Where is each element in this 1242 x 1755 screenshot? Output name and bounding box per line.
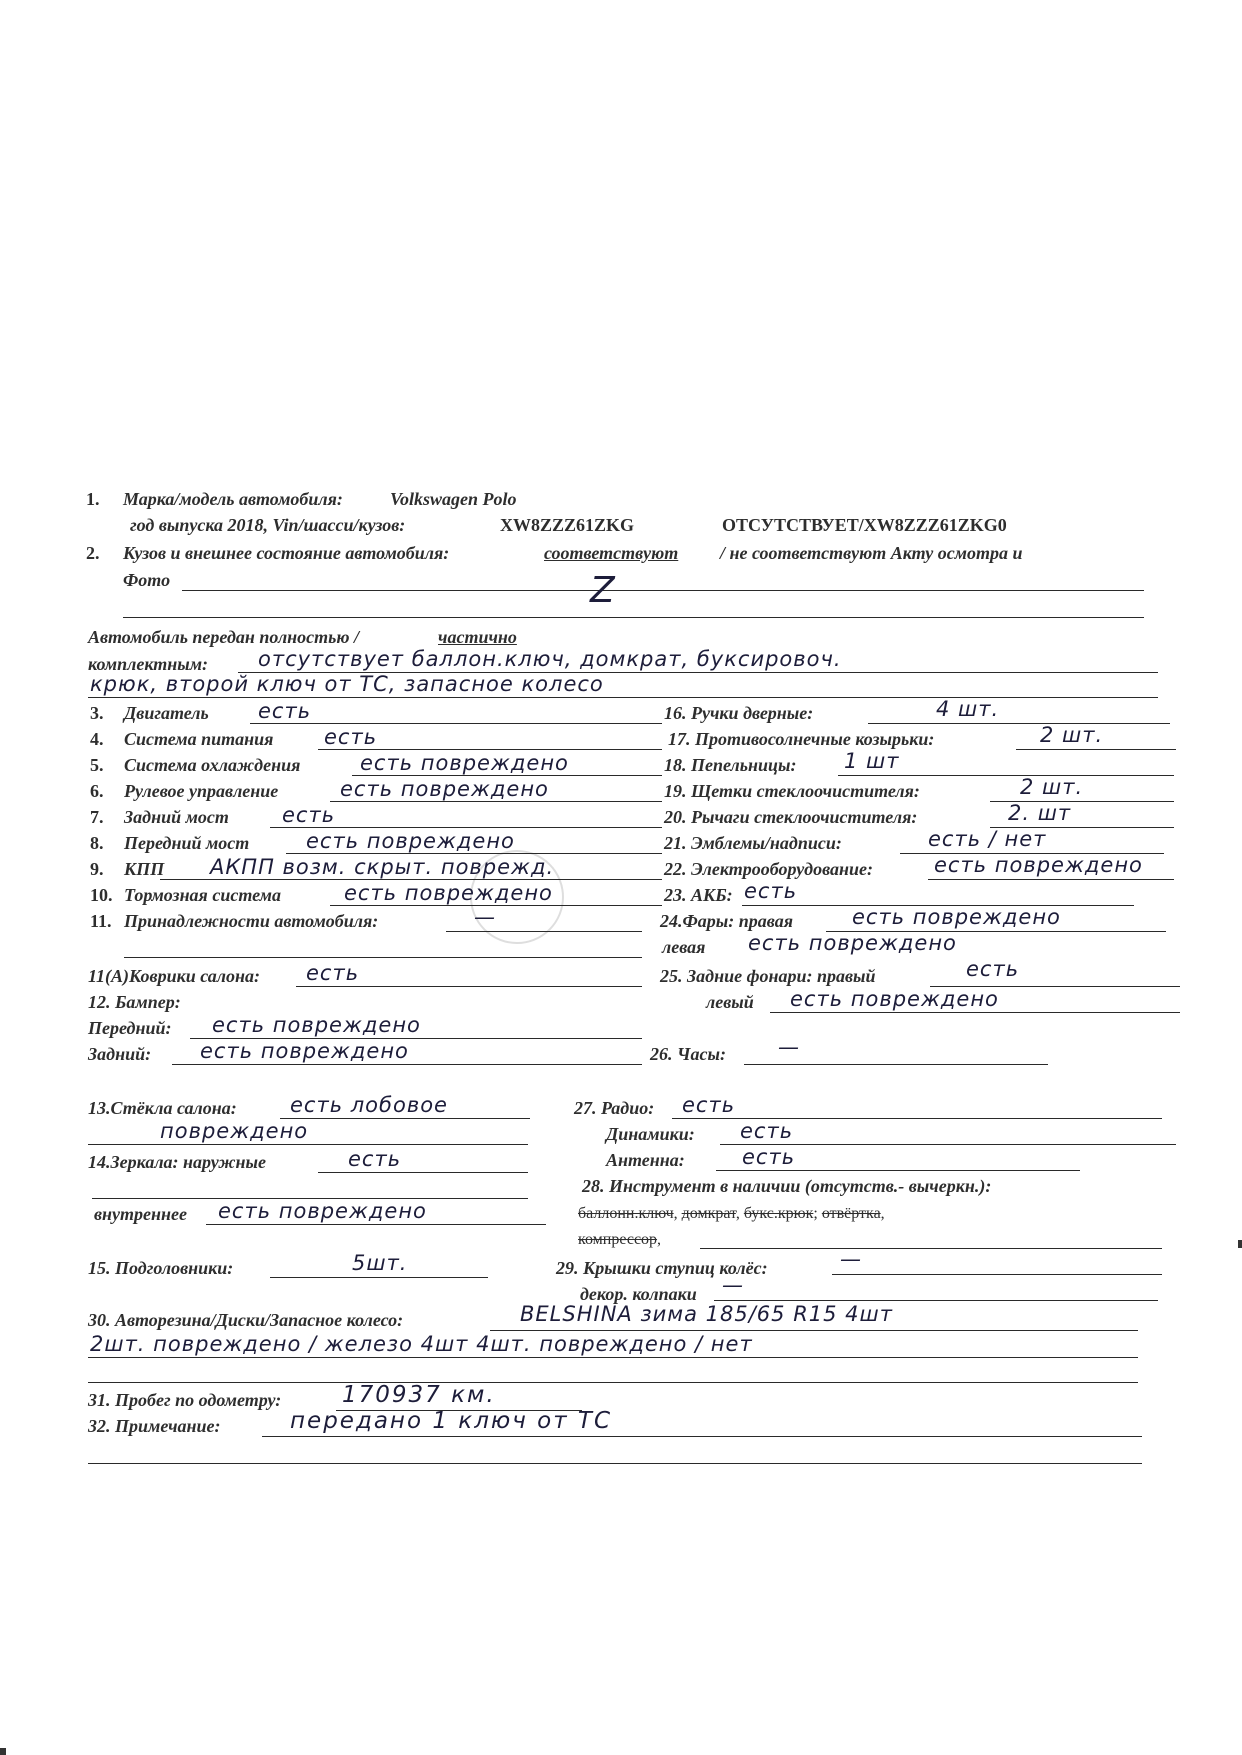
item11a-value: есть <box>306 962 359 984</box>
body-condition-selected: соответствуют <box>544 543 678 563</box>
item9-number: 9. <box>90 859 104 879</box>
item18-line <box>838 775 1174 776</box>
caps-line <box>714 1300 1158 1301</box>
item27-name: 27. Радио: <box>574 1098 654 1118</box>
scan-mark-right <box>1238 1240 1242 1248</box>
item1-number: 1. <box>86 489 100 509</box>
photo-line-2 <box>123 617 1144 618</box>
item17-value: 2 шт. <box>1040 724 1103 746</box>
speakers-value: есть <box>740 1120 793 1142</box>
item8-line <box>286 853 662 854</box>
item9-line <box>160 879 662 880</box>
item8-number: 8. <box>90 833 104 853</box>
item8-name: Передний мост <box>124 833 249 853</box>
vin-value: XW8ZZZ61ZKG <box>500 515 634 535</box>
antenna-line <box>716 1170 1080 1171</box>
handover-form-page: 1. Марка/модель автомобиля: Volkswagen P… <box>0 0 1242 1755</box>
item4-name: Система питания <box>124 729 273 749</box>
item18-value: 1 шт <box>844 750 900 772</box>
item11-line <box>446 931 642 932</box>
tools-list-line1: баллонн.ключ, домкрат, букс.крюк; отвёрт… <box>578 1204 885 1224</box>
item5-line <box>352 775 662 776</box>
item21-name: 21. Эмблемы/надписи: <box>664 833 842 853</box>
vin-value-2: ОТСУТСТВУЕТ/XW8ZZZ61ZKG0 <box>722 515 1007 535</box>
antenna-value: есть <box>742 1146 795 1168</box>
item16-name: 16. Ручки дверные: <box>664 703 813 723</box>
completeness-selected: частично <box>438 627 517 647</box>
item4-value: есть <box>324 726 377 748</box>
tool-compressor: компрессор <box>578 1231 657 1248</box>
photo-mark: Z <box>590 580 617 602</box>
item7-line <box>270 827 662 828</box>
item24-left-label: левая <box>662 937 705 957</box>
item18-name: 18. Пепельницы: <box>664 755 797 775</box>
make-model-label: Марка/модель автомобиля: <box>123 489 343 509</box>
item3-number: 3. <box>90 703 104 723</box>
rear-bumper-line <box>172 1064 642 1065</box>
front-bumper-label: Передний: <box>88 1018 171 1038</box>
item3-value: есть <box>258 700 311 722</box>
notes-value: передано 1 ключ от ТС <box>290 1410 612 1432</box>
item26-name: 26. Часы: <box>650 1044 726 1064</box>
notes-line-2 <box>88 1463 1142 1464</box>
body-condition-rest: / не соответствуют Акту осмотра и <box>720 543 1023 563</box>
notes-line <box>262 1436 1142 1437</box>
item2-number: 2. <box>86 543 100 563</box>
item29-line <box>832 1274 1162 1275</box>
item15-name: 15. Подголовники: <box>88 1258 233 1278</box>
item24-left-value: есть повреждено <box>748 932 957 954</box>
item13-name: 13.Стёкла салона: <box>88 1098 237 1118</box>
item6-line <box>330 801 662 802</box>
item30-line-3 <box>88 1382 1138 1383</box>
make-model-value: Volkswagen Polo <box>390 489 517 509</box>
item11-line-2 <box>124 957 642 958</box>
item16-line <box>868 723 1170 724</box>
item11a-line <box>296 986 642 987</box>
item3-name: Двигатель <box>124 703 209 723</box>
scan-mark-bottom-left <box>0 1748 6 1755</box>
item27-value: есть <box>682 1094 735 1116</box>
speakers-label: Динамики: <box>606 1124 695 1144</box>
item6-value: есть повреждено <box>340 778 549 800</box>
item17-line <box>1016 749 1176 750</box>
item22-name: 22. Электрооборудование: <box>664 859 873 879</box>
item24-right-value: есть повреждено <box>852 906 1061 928</box>
photo-line-1 <box>182 590 1144 591</box>
item30-value-1: BELSHINA зима 185/65 R15 4шт <box>520 1303 893 1325</box>
tools-list-line2: компрессор, <box>578 1230 661 1250</box>
item22-value: есть повреждено <box>934 854 1143 876</box>
item3-line <box>250 723 662 724</box>
item30-line-2 <box>88 1357 1138 1358</box>
item13-value-2: повреждено <box>160 1120 308 1142</box>
caps-value: — <box>722 1274 744 1296</box>
rear-bumper-label: Задний: <box>88 1044 151 1064</box>
item17-name: 17. Противосолнечные козырьки: <box>668 729 934 749</box>
tool-screwdriver: отвёртка <box>822 1205 881 1222</box>
item12-name: 12. Бампер: <box>88 992 181 1012</box>
mirrors-inner-label: внутреннее <box>94 1204 187 1224</box>
item5-name: Система охлаждения <box>124 755 300 775</box>
item26-line <box>744 1064 1048 1065</box>
item20-value: 2. шт <box>1008 802 1071 824</box>
item5-number: 5. <box>90 755 104 775</box>
item10-value: есть повреждено <box>344 882 553 904</box>
item11a-name: 11(А)Коврики салона: <box>88 966 260 986</box>
item10-line <box>330 905 662 906</box>
rear-bumper-value: есть повреждено <box>200 1040 409 1062</box>
photo-label: Фото <box>123 570 170 590</box>
item24-name: 24.Фары: правая <box>660 911 793 931</box>
item22-line <box>928 879 1174 880</box>
mirrors-outer-line <box>318 1172 528 1173</box>
item15-line <box>270 1277 488 1278</box>
year-vin-label: год выпуска 2018, Vin/шасси/кузов: <box>130 515 405 535</box>
item6-name: Рулевое управление <box>124 781 278 801</box>
item7-name: Задний мост <box>124 807 229 827</box>
item23-name: 23. АКБ: <box>664 885 733 905</box>
item10-number: 10. <box>90 885 113 905</box>
item29-value: — <box>840 1248 862 1270</box>
odometer-value: 170937 км. <box>342 1384 496 1406</box>
tool-tow-hook: букс.крюк <box>744 1205 814 1222</box>
tool-wheel-wrench: баллонн.ключ <box>578 1205 674 1222</box>
item19-name: 19. Щетки стеклоочистителя: <box>664 781 920 801</box>
item21-value: есть / нет <box>928 828 1046 850</box>
item4-line <box>318 749 662 750</box>
item23-value: есть <box>744 880 797 902</box>
completeness-line1: отсутствует баллон.ключ, домкрат, буксир… <box>258 648 842 670</box>
item11-name: Принадлежности автомобиля: <box>124 911 378 931</box>
mirrors-inner-line <box>206 1224 546 1225</box>
item5-value: есть повреждено <box>360 752 569 774</box>
tool-jack: домкрат <box>682 1205 736 1222</box>
item15-value: 5шт. <box>352 1252 408 1274</box>
complete-label: комплектным: <box>88 654 208 674</box>
antenna-label: Антенна: <box>606 1150 685 1170</box>
item31-name: 31. Пробег по одометру: <box>88 1390 281 1410</box>
body-condition-label: Кузов и внешнее состояние автомобиля: <box>123 543 449 563</box>
caps-label: декор. колпаки <box>580 1284 697 1304</box>
item11-value: — <box>474 906 496 928</box>
item4-number: 4. <box>90 729 104 749</box>
item20-name: 20. Рычаги стеклоочистителя: <box>664 807 917 827</box>
item14-name: 14.Зеркала: наружные <box>88 1152 266 1172</box>
item19-value: 2 шт. <box>1020 776 1083 798</box>
item10-name: Тормозная система <box>124 885 281 905</box>
item8-value: есть повреждено <box>306 830 515 852</box>
item32-name: 32. Примечание: <box>88 1416 221 1436</box>
item25-name: 25. Задние фонари: правый <box>660 966 876 986</box>
item9-value: АКПП возм. скрыт. поврежд. <box>210 856 554 878</box>
item28-name: 28. Инструмент в наличии (отсутств.- выч… <box>582 1176 991 1196</box>
item25-left-value: есть повреждено <box>790 988 999 1010</box>
item13-value-1: есть лобовое <box>290 1094 448 1116</box>
completeness-label: Автомобиль передан полностью / <box>88 627 359 647</box>
item30-line-1 <box>490 1330 1138 1331</box>
item25-left-line <box>770 1012 1180 1013</box>
item30-value-2: 2шт. повреждено / железо 4шт 4шт. повреж… <box>90 1333 753 1355</box>
item11-number: 11. <box>90 911 112 931</box>
tools-line <box>700 1248 1162 1249</box>
item7-number: 7. <box>90 807 104 827</box>
front-bumper-value: есть повреждено <box>212 1014 421 1036</box>
mirrors-inner-value: есть повреждено <box>218 1200 427 1222</box>
mirrors-outer-value: есть <box>348 1148 401 1170</box>
item9-name: КПП <box>124 859 164 879</box>
item25-left-label: левый <box>706 992 754 1012</box>
item7-value: есть <box>282 804 335 826</box>
item30-name: 30. Авторезина/Диски/Запасное колесо: <box>88 1310 403 1330</box>
item25-right-value: есть <box>966 958 1019 980</box>
completeness-line2: крюк, второй ключ от ТС, запасное колесо <box>90 673 604 695</box>
item16-value: 4 шт. <box>936 698 999 720</box>
item26-value: — <box>778 1036 800 1058</box>
item13-line-1 <box>280 1118 530 1119</box>
item6-number: 6. <box>90 781 104 801</box>
item13-line-2 <box>88 1144 528 1145</box>
